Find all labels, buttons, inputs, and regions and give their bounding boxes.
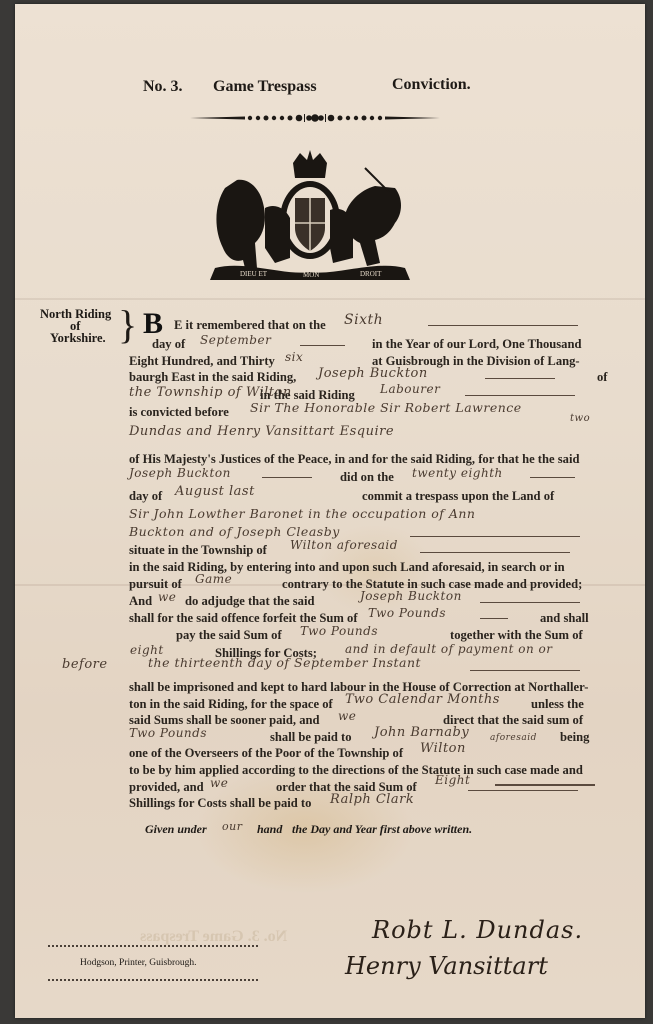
printed-line: of [597, 370, 608, 385]
printed-line: E it remembered that on the [174, 318, 326, 333]
printed-line: of His Majesty's Justices of the Peace, … [129, 452, 579, 467]
handwritten-date: twenty eighth [412, 466, 503, 480]
printed-line: ton in the said Riding, for the space of [129, 697, 333, 712]
handwritten-landowner: Sir John Lowther Baronet in the occupati… [129, 506, 475, 521]
signature-dundas: Robt L. Dundas. [372, 916, 583, 944]
jurisdiction-line-3: Yorkshire. [50, 331, 106, 346]
printed-line: Shillings for Costs shall be paid to [129, 796, 311, 811]
handwritten-count: two [570, 413, 590, 424]
printed-line: pay the said Sum of [176, 628, 282, 643]
printed-line: together with the Sum of [450, 628, 583, 643]
fill-rule [300, 345, 345, 346]
attestation-text: hand [257, 822, 282, 837]
handwritten-month: September [200, 333, 271, 347]
handwritten-who: we [338, 709, 356, 723]
handwritten-default-date: the thirteenth day of September Instant [148, 655, 421, 670]
fill-rule [468, 790, 578, 791]
handwritten-who: we [210, 776, 228, 790]
printed-line: do adjudge that the said [185, 594, 314, 609]
handwritten-landowner: Buckton and of Joseph Cleasby [129, 524, 340, 539]
handwritten-pursuit: Game [195, 572, 232, 586]
fill-rule [410, 536, 580, 537]
fill-rule [470, 670, 580, 671]
printed-line: to be by him applied according to the di… [129, 763, 583, 778]
fold-line [15, 298, 645, 300]
handwritten-year: six [285, 350, 303, 364]
handwritten-occupation: Labourer [380, 382, 440, 396]
printed-line: baurgh East in the said Riding, [129, 370, 296, 385]
printer-imprint: Hodgson, Printer, Guisbrough. [80, 958, 197, 968]
printed-line: being [560, 730, 589, 745]
fill-rule [480, 602, 580, 603]
printed-line: provided, and [129, 780, 204, 795]
handwritten-costs-sum: Eight [435, 773, 470, 787]
printed-line: unless the [531, 697, 584, 712]
handwritten-township: Wilton aforesaid [290, 538, 398, 552]
handwritten-day: Sixth [344, 312, 383, 328]
printed-line: And [129, 594, 152, 609]
dotted-rule [48, 979, 258, 981]
printed-line: Eight Hundred, and Thirty [129, 354, 275, 369]
printed-line: commit a trespass upon the Land of [362, 489, 554, 504]
handwritten-who: we [158, 590, 176, 604]
handwritten-given: our [222, 820, 242, 833]
fill-rule [465, 395, 575, 396]
fill-rule [420, 552, 570, 553]
drop-cap: B [143, 309, 163, 339]
brace-icon: } [118, 305, 137, 345]
fill-rule [480, 618, 508, 619]
svg-text:DROIT: DROIT [360, 270, 382, 278]
printed-line: shall be paid to [270, 730, 352, 745]
svg-text:DIEU ET: DIEU ET [240, 270, 268, 278]
form-number: No. 3. [143, 78, 183, 96]
handwritten-insert: aforesaid [490, 733, 537, 743]
decorative-rule-icon [190, 114, 440, 122]
handwritten-township: Wilton [420, 741, 466, 756]
handwritten-pay: Two Pounds [300, 624, 378, 638]
form-title: Game Trespass [213, 78, 317, 96]
handwritten-defendant: Joseph Buckton [360, 589, 462, 603]
printed-line: day of [152, 337, 185, 352]
printed-line: in the Year of our Lord, One Thousand [372, 337, 581, 352]
handwritten-overseer: John Barnaby [374, 725, 469, 740]
attestation-text: Given under [145, 822, 207, 837]
attestation-text: the Day and Year first above written. [292, 822, 472, 837]
fill-rule [530, 477, 575, 478]
fill-rule [495, 784, 595, 786]
printed-line: situate in the Township of [129, 543, 267, 558]
bleed-through-text: No. 3. Game Trespass [140, 928, 287, 946]
signature-vansittart: Henry Vansittart [345, 952, 548, 980]
fill-rule [262, 477, 312, 478]
form-type: Conviction. [392, 76, 471, 94]
handwritten-month: August last [175, 484, 255, 499]
handwritten-justices: Sir The Honorable Sir Robert Lawrence [250, 400, 522, 415]
fill-rule [485, 378, 555, 379]
printed-line: day of [129, 489, 162, 504]
handwritten-sum: Two Pounds [129, 726, 207, 740]
handwritten-defendant: Joseph Buckton [318, 366, 428, 381]
dotted-rule [48, 945, 258, 947]
printed-line: and shall [540, 611, 589, 626]
handwritten-period: Two Calendar Months [345, 692, 500, 707]
printed-line: one of the Overseers of the Poor of the … [129, 746, 403, 761]
handwritten-forfeit: Two Pounds [368, 606, 446, 620]
margin-annotation: before [62, 657, 108, 672]
printed-line: is convicted before [129, 405, 229, 420]
handwritten-justices: Dundas and Henry Vansittart Esquire [129, 424, 394, 439]
handwritten-defendant: Joseph Buckton [129, 466, 231, 480]
handwritten-payee: Ralph Clark [330, 792, 414, 807]
svg-text:MON: MON [303, 271, 319, 279]
royal-coat-of-arms-icon: DIEU ET MON DROIT [205, 148, 415, 288]
handwritten-default: and in default of payment on or [345, 642, 553, 656]
printed-line: did on the [340, 470, 394, 485]
fill-rule [428, 325, 578, 326]
